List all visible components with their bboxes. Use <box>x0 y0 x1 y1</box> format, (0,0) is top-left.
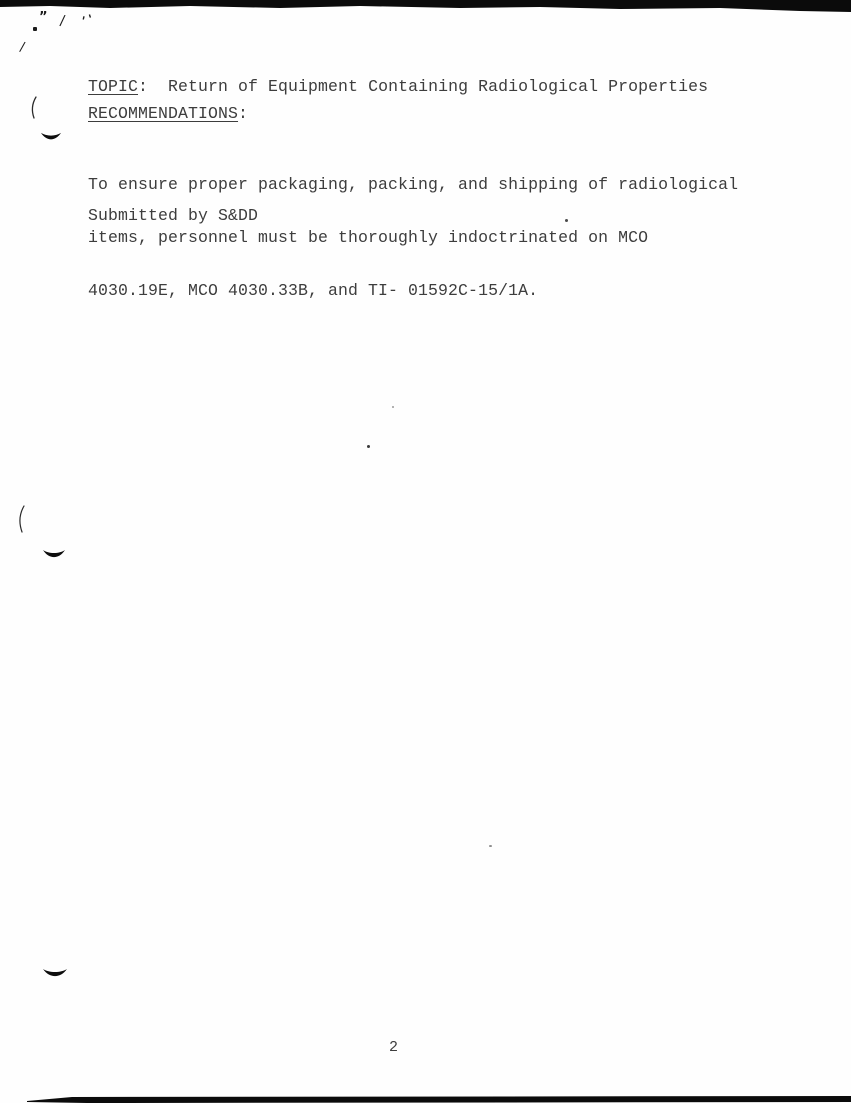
topic-text: Return of Equipment Containing Radiologi… <box>168 77 708 96</box>
page-number: 2 <box>389 1040 398 1056</box>
scanned-document-page: ” / ' ' / TOPIC: Return of Equipment Con… <box>0 0 851 1103</box>
scan-edge-bar-top <box>0 0 851 14</box>
pen-mark-tick-icon: ' <box>80 15 86 28</box>
ink-smudge-crescent-icon <box>43 968 67 978</box>
topic-line: TOPIC: Return of Equipment Containing Ra… <box>88 78 708 95</box>
scan-speck <box>367 445 370 448</box>
pen-mark-quote-icon: ” <box>39 11 48 24</box>
paren-stroke-icon <box>16 505 26 533</box>
ink-smudge-crescent-icon <box>41 132 61 141</box>
scan-speck <box>565 219 568 222</box>
body-paragraph: To ensure proper packaging, packing, and… <box>88 141 738 335</box>
recommendations-heading: RECOMMENDATIONS: <box>88 105 248 122</box>
pen-mark-tick-icon: ' <box>87 13 94 26</box>
recommendations-label: RECOMMENDATIONS <box>88 104 238 123</box>
scan-speck <box>392 406 394 408</box>
topic-label: TOPIC <box>88 77 138 96</box>
scan-edge-bar-bottom <box>27 1096 851 1103</box>
body-line: To ensure proper packaging, packing, and… <box>88 176 738 194</box>
topic-separator: : <box>138 77 168 96</box>
pen-mark-dot-icon <box>33 27 37 31</box>
ink-smudge-crescent-icon <box>43 549 65 559</box>
body-line: 4030.19E, MCO 4030.33B, and TI- 01592C-1… <box>88 282 738 300</box>
recommendations-separator: : <box>238 104 248 123</box>
scan-speck <box>489 845 492 847</box>
paren-stroke-icon <box>29 96 38 119</box>
body-line: items, personnel must be thoroughly indo… <box>88 229 738 247</box>
pen-mark-slash-icon: / <box>59 14 66 29</box>
pen-mark-comma-icon: / <box>19 41 26 55</box>
submitted-by-line: Submitted by S&DD <box>88 207 258 224</box>
